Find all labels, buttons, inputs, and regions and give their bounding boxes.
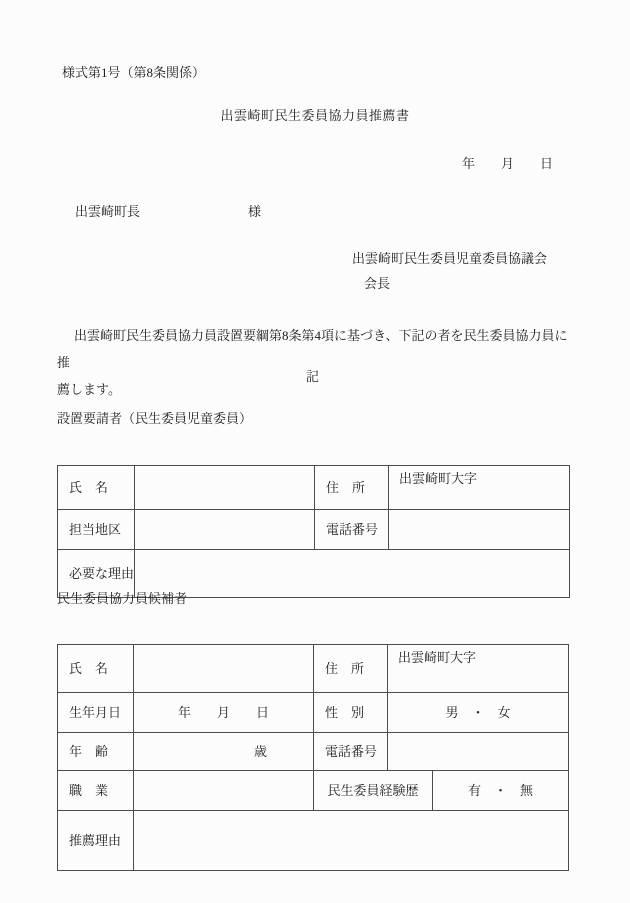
candidate-age-unit: 歳: [134, 733, 314, 771]
sender-title: 会長: [364, 276, 390, 292]
candidate-phone-label: 電話番号: [314, 733, 388, 771]
candidate-experience-label: 民生委員経験歴: [314, 771, 433, 811]
requester-district-value-cell: [135, 510, 315, 550]
addressee-line: 出雲崎町長様: [75, 204, 261, 220]
candidate-address-label: 住 所: [314, 645, 388, 693]
candidate-name-value-cell: [134, 645, 314, 693]
candidate-birth-value: 年 月 日: [134, 693, 314, 733]
requester-phone-value-cell: [389, 510, 570, 550]
candidate-occupation-value-cell: [134, 771, 314, 811]
requester-table: 氏 名 住 所 出雲崎町大字 担当地区 電話番号 必要な理由: [57, 465, 570, 598]
candidate-address-value: 出雲崎町大字: [388, 645, 569, 693]
candidate-table: 氏 名 住 所 出雲崎町大字 生年月日 年 月 日 性 別 男 ・ 女 年 齢 …: [57, 644, 569, 871]
form-id: 様式第1号（第8条関係）: [62, 65, 205, 81]
candidate-recommend-label: 推薦理由: [58, 811, 134, 871]
body-paragraph: 出雲崎町民生委員協力員設置要綱第8条第4項に基づき、下記の者を民生委員協力員に推…: [57, 322, 569, 403]
requester-name-value-cell: [135, 466, 315, 510]
document-page: 様式第1号（第8条関係） 出雲崎町民生委員協力員推薦書 年 月 日 出雲崎町長様…: [0, 0, 630, 903]
requester-district-label: 担当地区: [58, 510, 135, 550]
requester-section-heading: 設置要請者（民生委員児童委員）: [57, 411, 252, 427]
sender-organization: 出雲崎町民生委員児童委員協議会: [352, 251, 547, 267]
candidate-name-label: 氏 名: [58, 645, 134, 693]
requester-address-value: 出雲崎町大字: [389, 466, 570, 510]
candidate-age-label: 年 齢: [58, 733, 134, 771]
table-row: 生年月日 年 月 日 性 別 男 ・ 女: [58, 693, 569, 733]
table-row: 年 齢 歳 電話番号: [58, 733, 569, 771]
document-title: 出雲崎町民生委員協力員推薦書: [0, 108, 630, 124]
requester-phone-label: 電話番号: [315, 510, 389, 550]
date-line: 年 月 日: [462, 156, 553, 172]
candidate-section-heading: 民生委員協力員候補者: [57, 591, 187, 607]
requester-address-label: 住 所: [315, 466, 389, 510]
candidate-sex-value: 男 ・ 女: [388, 693, 569, 733]
table-row: 職 業 民生委員経験歴 有 ・ 無: [58, 771, 569, 811]
candidate-phone-value-cell: [388, 733, 569, 771]
table-row: 氏 名 住 所 出雲崎町大字: [58, 466, 570, 510]
candidate-occupation-label: 職 業: [58, 771, 134, 811]
table-row: 氏 名 住 所 出雲崎町大字: [58, 645, 569, 693]
table-row: 担当地区 電話番号: [58, 510, 570, 550]
candidate-birth-label: 生年月日: [58, 693, 134, 733]
candidate-table-wrap: 氏 名 住 所 出雲崎町大字 生年月日 年 月 日 性 別 男 ・ 女 年 齢 …: [57, 612, 569, 903]
requester-reason-value-cell: [135, 550, 570, 598]
body-line-1: 出雲崎町民生委員協力員設置要綱第8条第4項に基づき、下記の者を民生委員協力員に推: [57, 322, 569, 376]
candidate-sex-label: 性 別: [314, 693, 388, 733]
table-row: 推薦理由: [58, 811, 569, 871]
candidate-recommend-value-cell: [134, 811, 569, 871]
addressee-name: 出雲崎町長: [75, 204, 140, 219]
addressee-honorific: 様: [248, 204, 261, 219]
requester-name-label: 氏 名: [58, 466, 135, 510]
ki-marker: 記: [57, 369, 568, 385]
candidate-experience-value: 有 ・ 無: [433, 771, 569, 811]
